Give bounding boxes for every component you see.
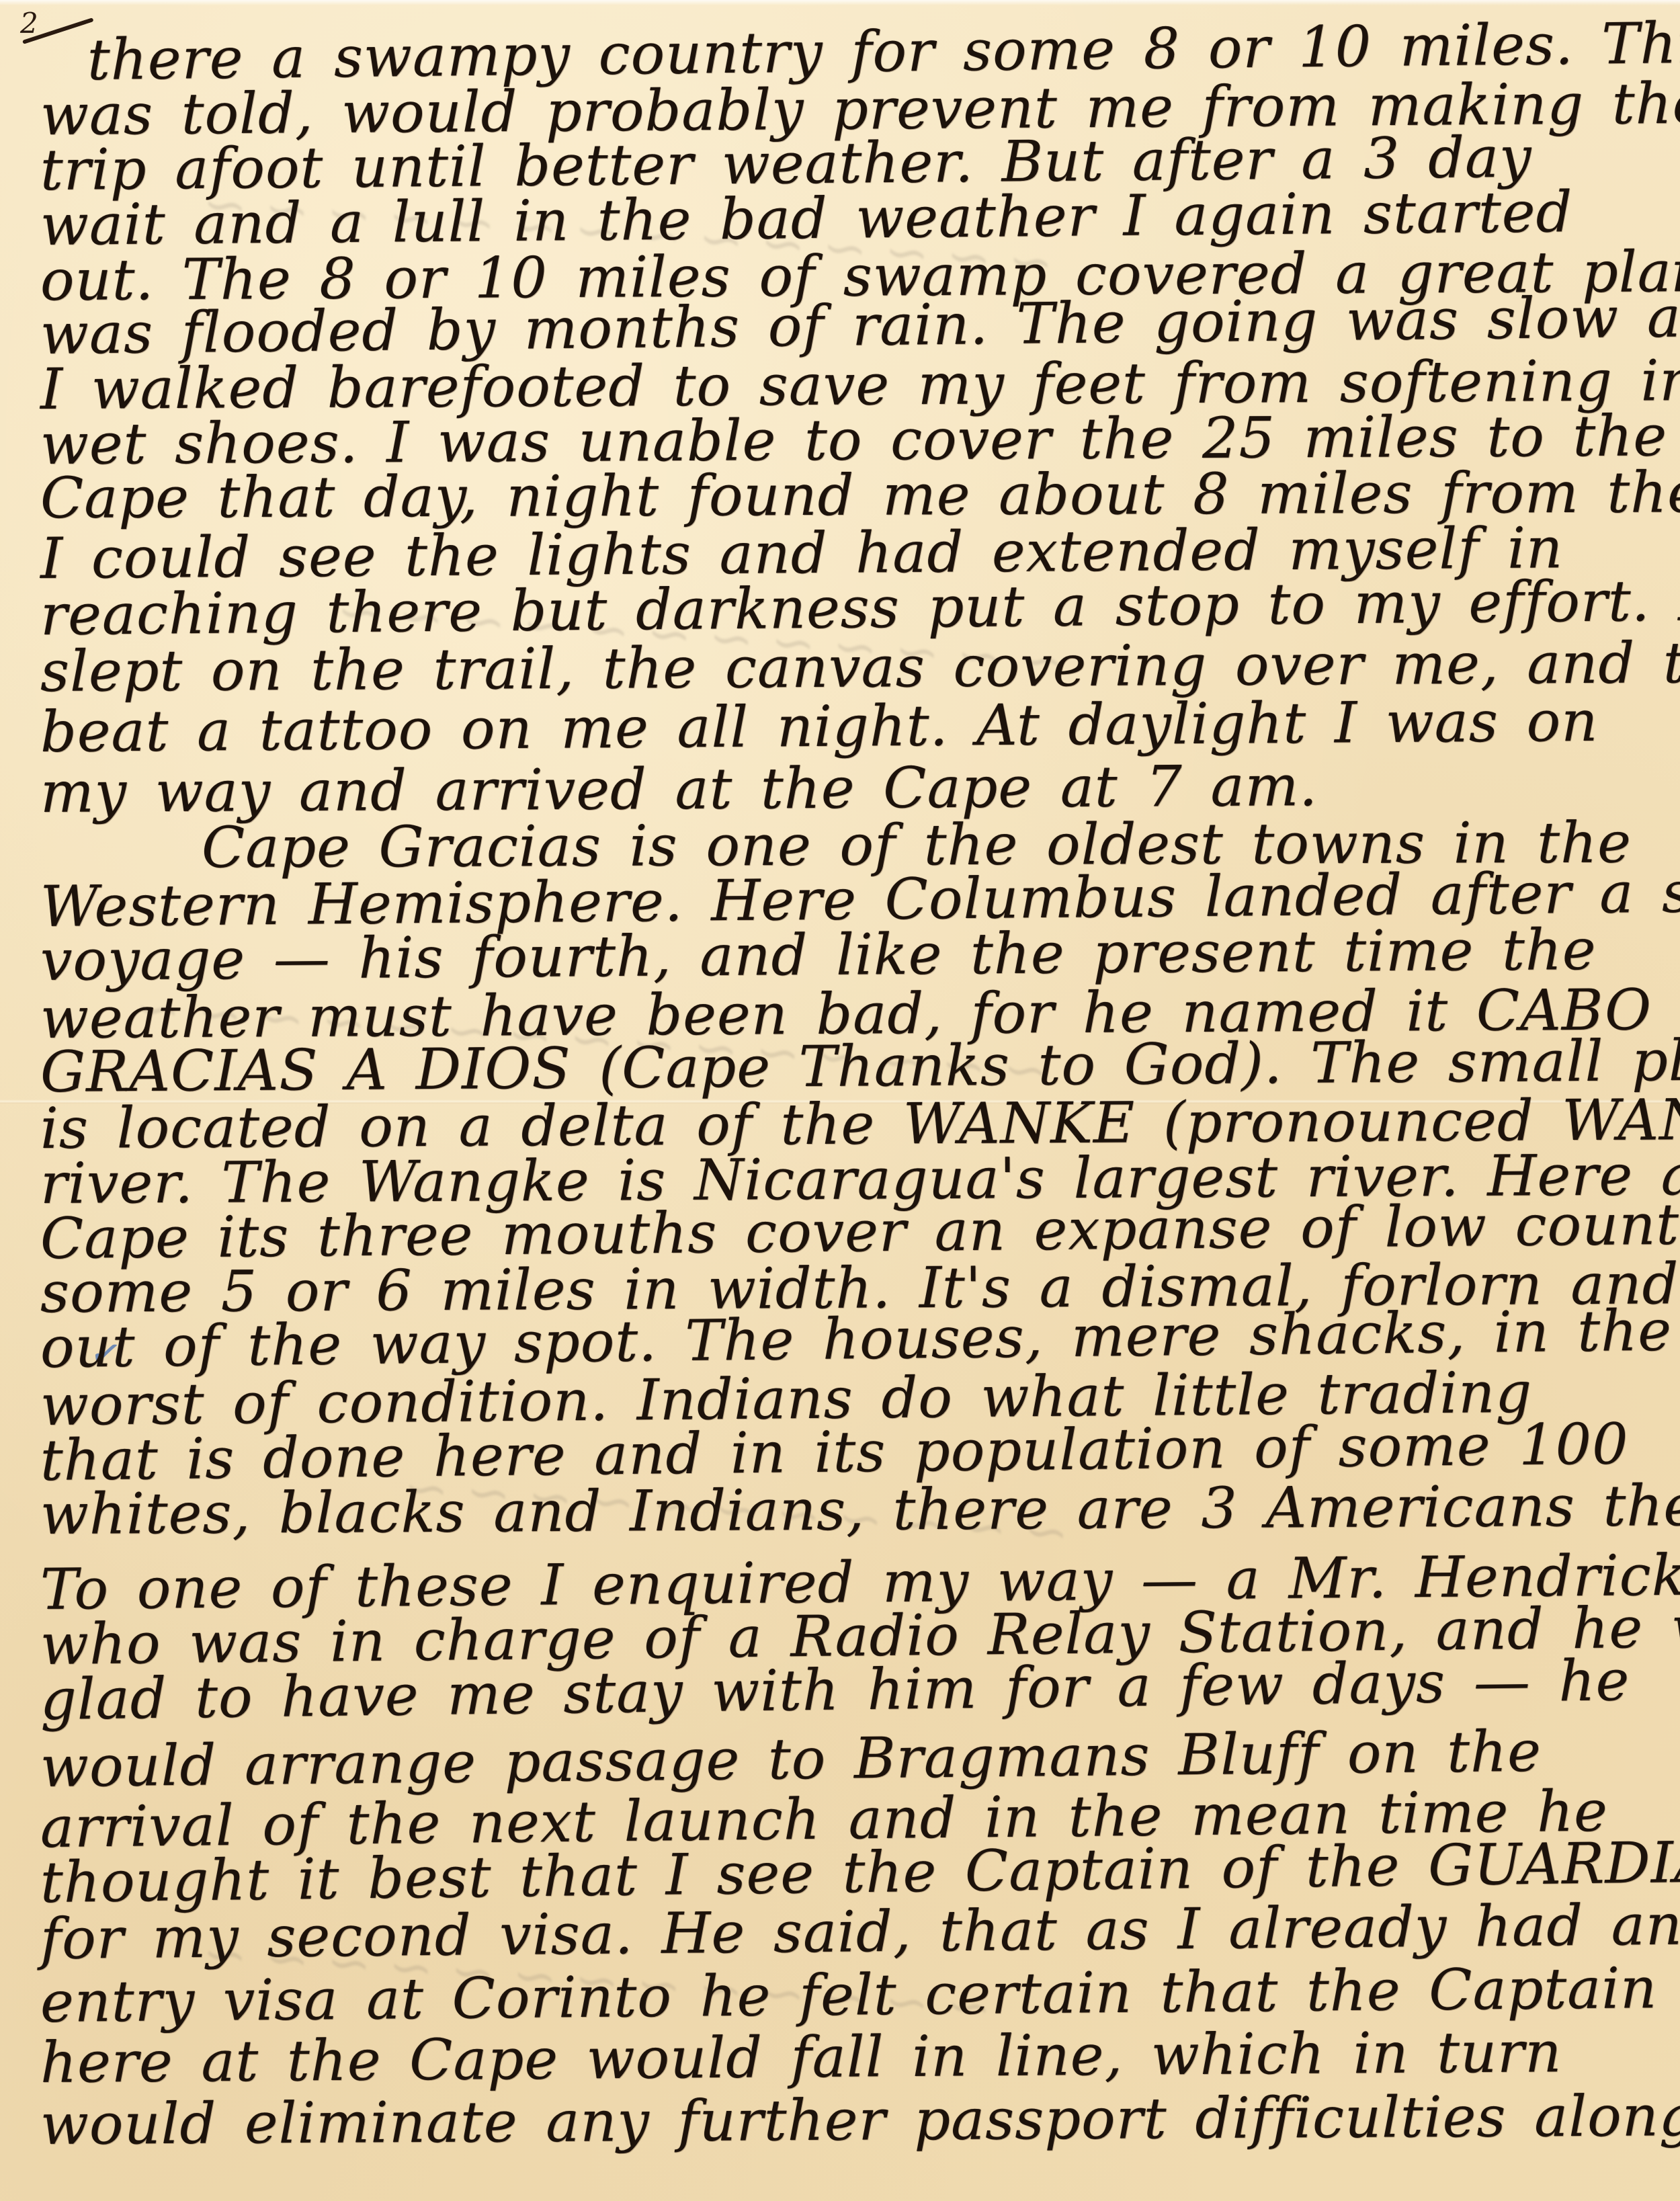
letter-page: ~ ~ ~ ~ ~ ~ ~ ~ ~ ~ ~ ~ ~ ~ ~ ~ ~ ~ ~ ~ … xyxy=(0,0,1680,2201)
letter-line: would eliminate any further passport dif… xyxy=(40,2083,1653,2157)
page-number: 2 xyxy=(20,7,38,40)
paper-top-edge xyxy=(0,0,1680,5)
letter-line: whites, blacks and Indians, there are 3 … xyxy=(40,1472,1653,1547)
